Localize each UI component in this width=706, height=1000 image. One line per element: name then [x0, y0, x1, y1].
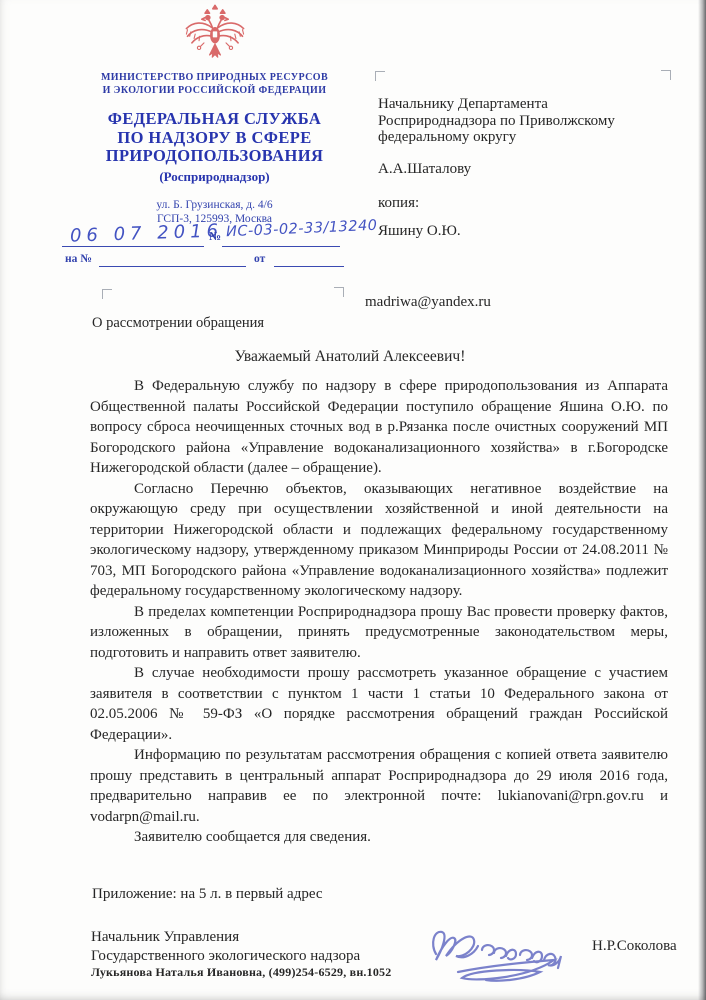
recipient-email: madriwa@yandex.ru — [365, 294, 491, 311]
service-short-name: (Росприроднадзор) — [62, 169, 367, 185]
attachment-line: Приложение: на 5 л. в первый адрес — [92, 886, 323, 903]
number-sign: № — [209, 229, 221, 244]
letter-body: В Федеральную службу по надзору в сфере … — [90, 376, 668, 848]
body-paragraph-4: В случае необходимости прошу рассмотреть… — [90, 663, 668, 745]
body-paragraph-2: Согласно Перечню объектов, оказывающих н… — [90, 479, 668, 602]
recipient-corner-mark-right — [661, 70, 671, 80]
number-underline — [222, 246, 340, 247]
ministry-line2: И ЭКОЛОГИИ РОССИЙСКОЙ ФЕДЕРАЦИИ — [62, 84, 367, 97]
subject-line: О рассмотрении обращения — [92, 315, 264, 332]
service-name: ФЕДЕРАЛЬНАЯ СЛУЖБА ПО НАДЗОРУ В СФЕРЕ ПР… — [62, 110, 367, 166]
copy-label: копия: — [378, 195, 678, 212]
russia-double-headed-eagle-icon — [182, 4, 248, 62]
executor-contact: Лукьянова Наталья Ивановна, (499)254-652… — [91, 965, 391, 980]
ref-number-label: на № — [65, 253, 92, 265]
signer-position-line1: Начальник Управления — [91, 928, 360, 947]
ref-from-line — [274, 266, 344, 267]
service-line1: ФЕДЕРАЛЬНАЯ СЛУЖБА — [62, 110, 367, 129]
recipient-line3: федеральному округу — [378, 129, 678, 146]
recipient-line2: Росприроднадзора по Приволжскому — [378, 113, 678, 130]
service-line2: ПО НАДЗОРУ В СФЕРЕ — [62, 129, 367, 148]
letterhead: МИНИСТЕРСТВО ПРИРОДНЫХ РЕСУРСОВ И ЭКОЛОГ… — [62, 4, 367, 226]
handwritten-signature-icon — [428, 920, 573, 986]
body-paragraph-1: В Федеральную службу по надзору в сфере … — [90, 376, 668, 479]
ref-number-line — [99, 266, 246, 267]
scanned-letter-page: МИНИСТЕРСТВО ПРИРОДНЫХ РЕСУРСОВ И ЭКОЛОГ… — [0, 0, 706, 1000]
signer-name: Н.Р.Соколова — [592, 938, 677, 955]
recipient-block: Начальнику Департамента Росприроднадзора… — [378, 96, 678, 239]
scan-edge-artifact — [698, 0, 706, 1000]
body-paragraph-6: Заявителю сообщается для сведения. — [90, 827, 668, 848]
recipient-line1: Начальнику Департамента — [378, 96, 678, 113]
signer-position: Начальник Управления Государственного эк… — [91, 928, 360, 965]
ministry-line1: МИНИСТЕРСТВО ПРИРОДНЫХ РЕСУРСОВ — [62, 71, 367, 84]
handwritten-date: 06 07 2016 — [70, 220, 224, 246]
recipient-name: А.А.Шаталову — [378, 161, 678, 178]
body-paragraph-3: В пределах компетенции Росприроднадзора … — [90, 602, 668, 664]
date-underline — [62, 246, 204, 247]
recipient-corner-mark-left — [375, 71, 385, 81]
address-line1: ул. Б. Грузинская, д. 4/6 — [62, 198, 367, 212]
body-paragraph-5: Информацию по результатам рассмотрения о… — [90, 745, 668, 827]
copy-recipient-name: Яшину О.Ю. — [378, 223, 678, 240]
service-line3: ПРИРОДОПОЛЬЗОВАНИЯ — [62, 147, 367, 166]
ministry-name: МИНИСТЕРСТВО ПРИРОДНЫХ РЕСУРСОВ И ЭКОЛОГ… — [62, 71, 367, 97]
ref-from-label: от — [254, 253, 265, 265]
subject-corner-mark-right — [334, 287, 344, 297]
greeting: Уважаемый Анатолий Алексеевич! — [90, 348, 610, 366]
signer-position-line2: Государственного экологического надзора — [91, 947, 360, 966]
subject-corner-mark-left — [102, 289, 112, 299]
